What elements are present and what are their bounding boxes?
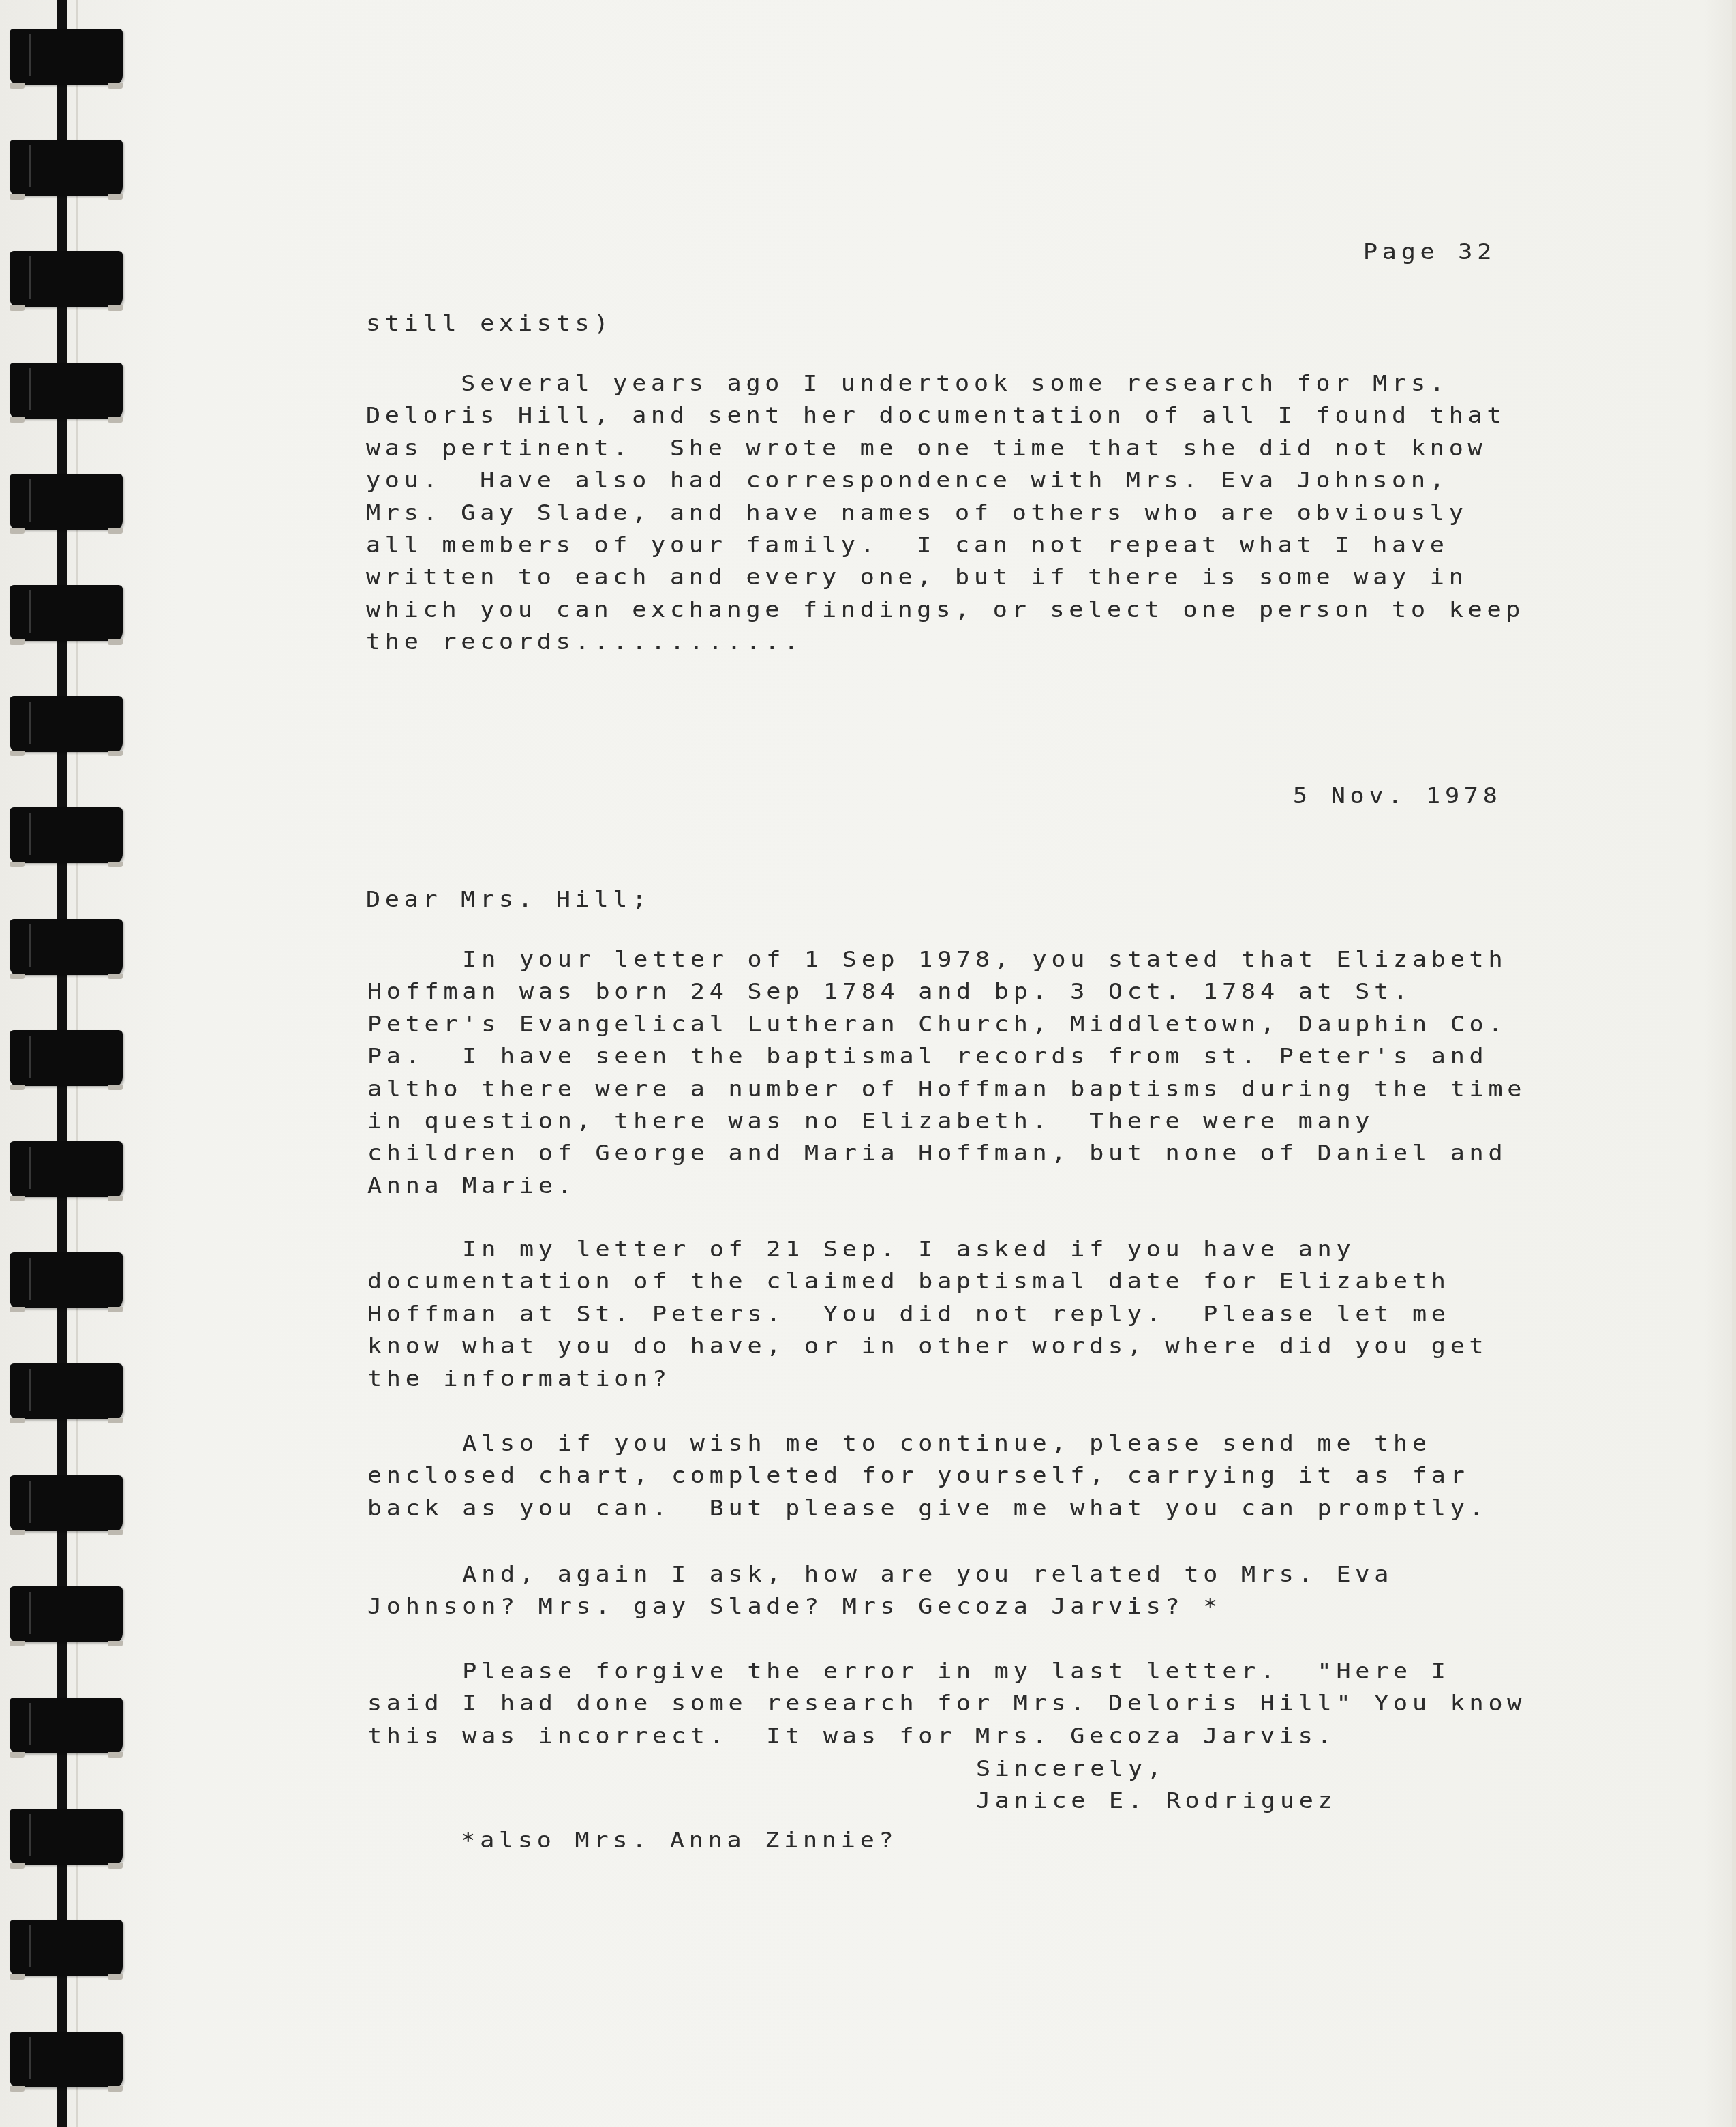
binding-comb xyxy=(10,474,123,530)
binding-comb xyxy=(10,1141,123,1197)
text-line: all members of your family. I can not re… xyxy=(366,533,1449,558)
binding-comb xyxy=(10,29,123,85)
text-line: children of George and Maria Hoffman, bu… xyxy=(367,1141,1507,1166)
text-line: Hoffman was born 24 Sep 1784 and bp. 3 O… xyxy=(367,980,1412,1005)
text-line: Please forgive the error in my last lett… xyxy=(367,1659,1450,1685)
text-line: said I had done some research for Mrs. D… xyxy=(367,1691,1526,1717)
text-line: Also if you wish me to continue, please … xyxy=(367,1432,1431,1457)
document-page: Page 32 still exists) Several years ago … xyxy=(0,0,1736,2127)
comb-highlight xyxy=(29,1036,31,1078)
salutation: Dear Mrs. Hill; xyxy=(366,888,651,913)
binding-comb xyxy=(10,363,123,419)
binding-comb xyxy=(10,807,123,863)
page-number: Page 32 xyxy=(1363,240,1496,265)
text-line: which you can exchange findings, or sele… xyxy=(366,597,1525,622)
comb-highlight xyxy=(29,1147,31,1189)
text-line: the records............ xyxy=(366,630,803,655)
text-line: altho there were a number of Hoffman bap… xyxy=(367,1076,1526,1102)
text-line: was pertinent. She wrote me one time tha… xyxy=(366,436,1487,461)
text-line: Peter's Evangelical Lutheran Church, Mid… xyxy=(367,1012,1507,1037)
continuation-text: still exists) xyxy=(366,312,613,337)
closing: Sincerely, xyxy=(976,1757,1166,1782)
comb-highlight xyxy=(29,590,31,633)
binding-comb xyxy=(10,1030,123,1086)
binding-comb xyxy=(10,1809,123,1865)
text-line: Hoffman at St. Peters. You did not reply… xyxy=(367,1301,1450,1327)
comb-highlight xyxy=(29,34,31,76)
comb-highlight xyxy=(29,1592,31,1634)
comb-highlight xyxy=(29,479,31,522)
binding-comb xyxy=(10,2032,123,2087)
text-line: the information? xyxy=(367,1366,671,1391)
comb-highlight xyxy=(29,1369,31,1411)
letter-date: 5 Nov. 1978 xyxy=(1293,784,1502,809)
text-line: know what you do have, or in other words… xyxy=(367,1334,1488,1359)
text-line: Johnson? Mrs. gay Slade? Mrs Gecoza Jarv… xyxy=(367,1595,1222,1620)
text-line: in question, there was no Elizabeth. The… xyxy=(367,1109,1374,1134)
text-line: you. Have also had correspondence with M… xyxy=(366,468,1449,494)
binding-comb xyxy=(10,140,123,196)
comb-highlight xyxy=(29,1258,31,1300)
text-line: written to each and every one, but if th… xyxy=(366,565,1468,590)
binding-comb xyxy=(10,1252,123,1308)
text-line: Anna Marie. xyxy=(367,1173,577,1198)
page-edge xyxy=(1732,0,1736,2127)
text-line: documentation of the claimed baptismal d… xyxy=(367,1269,1450,1295)
comb-highlight xyxy=(29,2037,31,2079)
binding-comb xyxy=(10,1586,123,1642)
comb-highlight xyxy=(29,368,31,410)
text-line: this was incorrect. It was for Mrs. Geco… xyxy=(367,1723,1336,1749)
postscript: *also Mrs. Anna Zinnie? xyxy=(366,1828,898,1854)
text-line: In your letter of 1 Sep 1978, you stated… xyxy=(367,948,1507,973)
text-line: Mrs. Gay Slade, and have names of others… xyxy=(366,500,1468,526)
binding-comb xyxy=(10,1363,123,1419)
text-line: And, again I ask, how are you related to… xyxy=(367,1563,1393,1588)
text-line: Pa. I have seen the baptismal records fr… xyxy=(367,1044,1488,1070)
binding-comb xyxy=(10,919,123,975)
comb-highlight xyxy=(29,924,31,967)
comb-highlight xyxy=(29,813,31,855)
binding-comb xyxy=(10,251,123,307)
binding-comb xyxy=(10,585,123,641)
text-line: back as you can. But please give me what… xyxy=(367,1496,1488,1521)
comb-highlight xyxy=(29,1703,31,1745)
binding-comb xyxy=(10,1698,123,1753)
text-line: Several years ago I undertook some resea… xyxy=(366,372,1449,397)
binding-comb xyxy=(10,1920,123,1976)
spiral-binding xyxy=(0,0,136,2127)
text-line: In my letter of 21 Sep. I asked if you h… xyxy=(367,1237,1355,1263)
comb-highlight xyxy=(29,1925,31,1967)
binding-comb xyxy=(10,1475,123,1531)
signature: Janice E. Rodriguez xyxy=(976,1789,1337,1814)
comb-highlight xyxy=(29,1814,31,1856)
text-line: Deloris Hill, and sent her documentation… xyxy=(366,404,1506,429)
comb-highlight xyxy=(29,256,31,299)
comb-highlight xyxy=(29,702,31,744)
binding-comb xyxy=(10,696,123,752)
text-line: enclosed chart, completed for yourself, … xyxy=(367,1464,1469,1489)
comb-highlight xyxy=(29,1481,31,1523)
comb-highlight xyxy=(29,145,31,187)
